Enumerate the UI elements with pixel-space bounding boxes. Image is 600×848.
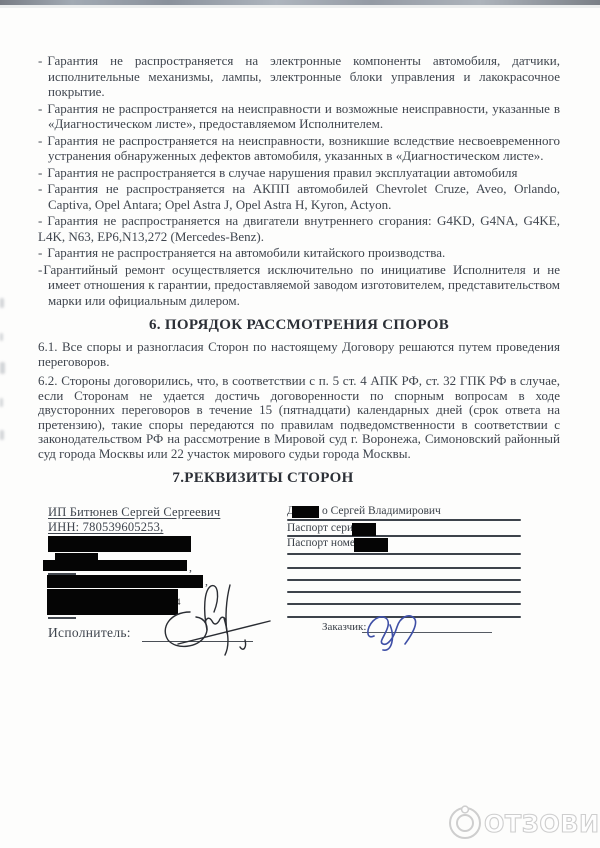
ruled-line [287, 579, 521, 581]
redaction-box [292, 506, 319, 518]
executor-name: ИП Битюнев Сергей Сергеевич [48, 505, 220, 520]
otzovik-watermark-logo: ОТЗОВИК [436, 796, 598, 848]
customer-signature [362, 606, 432, 658]
watermark-text: ОТЗОВИК [484, 810, 598, 838]
redaction-box [43, 560, 187, 571]
underline-fragment [48, 617, 76, 619]
executor-signature [148, 578, 278, 663]
passport-number-label: Паспорт номер [287, 537, 361, 549]
ruled-line [287, 603, 521, 605]
executor-sign-label: Исполнитель: [48, 625, 131, 641]
redaction-box [48, 536, 191, 552]
ruled-line [287, 591, 521, 593]
power-ring-inner-icon [457, 815, 473, 831]
ruled-line [287, 553, 521, 555]
passport-series-label: Паспорт серия [287, 522, 358, 534]
customer-sign-label: Заказчик: [322, 621, 366, 633]
requisites-block: ИП Битюнев Сергей Сергеевич ИНН: 7805396… [0, 0, 600, 848]
ruled-line [287, 519, 521, 521]
executor-inn: ИНН: 780539605253, [48, 520, 163, 535]
ruled-line [287, 567, 521, 569]
power-dot-icon [462, 806, 469, 813]
redaction-box [352, 523, 376, 536]
customer-name: о Сергей Владимирович [322, 505, 441, 517]
trailing-comma: , [189, 560, 192, 575]
redaction-box [354, 538, 388, 552]
